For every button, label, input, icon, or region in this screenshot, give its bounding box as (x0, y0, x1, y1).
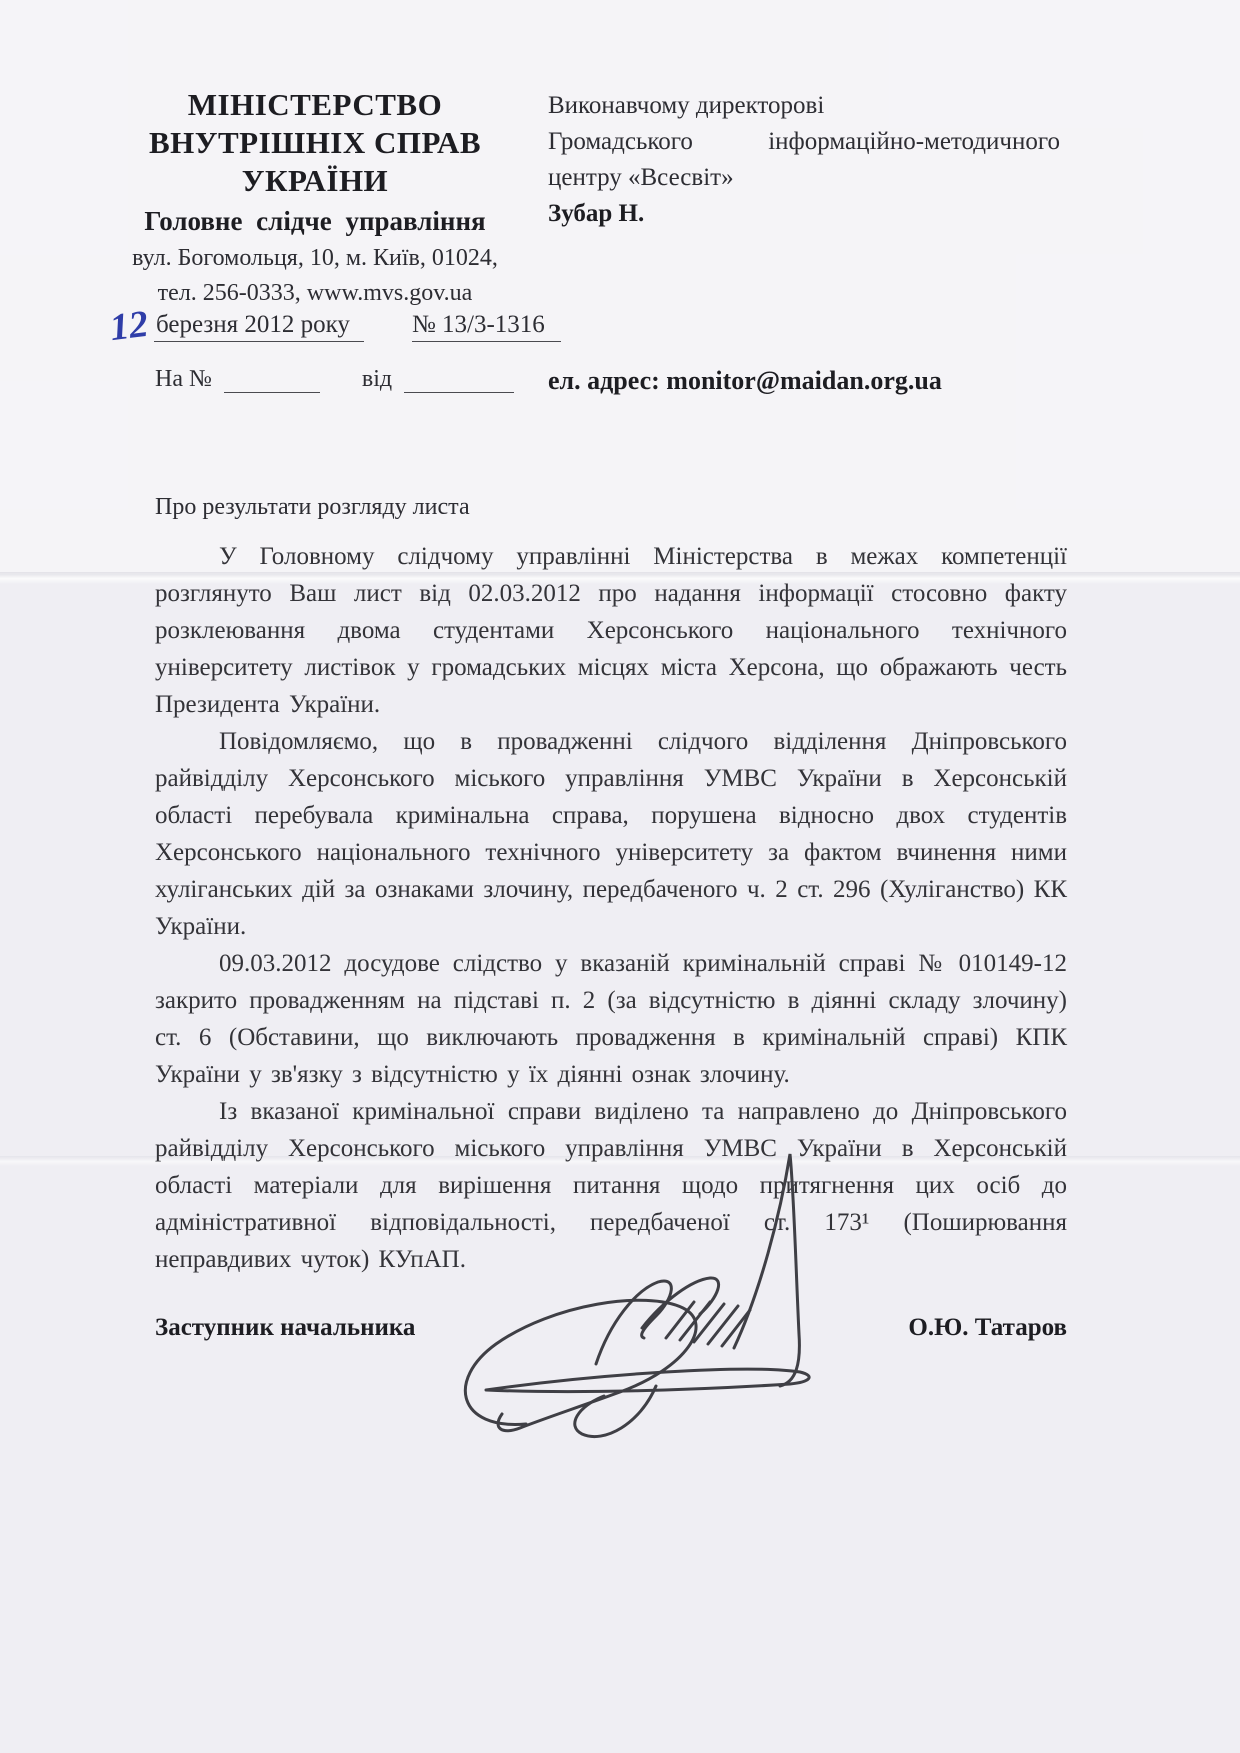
ministry-name-line3: УКРАЇНИ (105, 162, 525, 200)
body-paragraph-3: 09.03.2012 досудове слідство у вказаній … (155, 945, 1067, 1093)
department-name: Головне слідче управління (105, 205, 525, 238)
handwritten-day: 12 (107, 302, 150, 350)
ministry-name-line1: МІНІСТЕРСТВО (105, 86, 525, 124)
signature-row: Заступник начальника О.Ю. Татаров (155, 1314, 1067, 1350)
signature-handwritten (428, 1132, 823, 1450)
scanned-letter-page: МІНІСТЕРСТВО ВНУТРІШНІХ СПРАВ УКРАЇНИ Го… (0, 0, 1240, 1753)
ministry-name-line2: ВНУТРІШНІХ СПРАВ (105, 124, 525, 162)
body-paragraph-1: У Головному слідчому управлінні Міністер… (155, 538, 1067, 723)
vid-blank-line (404, 366, 514, 393)
recipient-line2-word1: Громадського (548, 124, 693, 160)
letterhead-org-block: МІНІСТЕРСТВО ВНУТРІШНІХ СПРАВ УКРАЇНИ Го… (105, 86, 525, 308)
recipient-line2: Громадського інформаційно-методичного (548, 124, 1060, 160)
na-no-blank-line (224, 366, 320, 393)
incoming-reference-row: На №від ел. адрес: monitor@maidan.org.ua (155, 366, 1067, 406)
recipient-name: Зубар Н. (548, 196, 1060, 232)
recipient-block: Виконавчому директорові Громадського інф… (548, 88, 1060, 232)
email-address: ел. адрес: monitor@maidan.org.ua (548, 366, 942, 396)
subject-line: Про результати розгляду листа (155, 494, 470, 521)
signer-name: О.Ю. Татаров (908, 1314, 1067, 1342)
letter-date: березня 2012 року (154, 311, 364, 342)
org-address: вул. Богомольця, 10, м. Київ, 01024, (105, 243, 525, 273)
reference-row: 12березня 2012 року№ 13/3-1316 (110, 304, 561, 348)
body-paragraph-2: Повідомляємо, що в провадженні слідчого … (155, 723, 1067, 945)
recipient-line2-word2: інформаційно-методичного (768, 124, 1060, 160)
vid-label: від (362, 366, 392, 392)
letter-number: № 13/3-1316 (412, 311, 561, 342)
signer-position: Заступник начальника (155, 1314, 415, 1341)
recipient-line1: Виконавчому директорові (548, 88, 1060, 124)
na-no-label: На № (155, 366, 212, 392)
recipient-line3: центру «Всесвіт» (548, 160, 1060, 196)
